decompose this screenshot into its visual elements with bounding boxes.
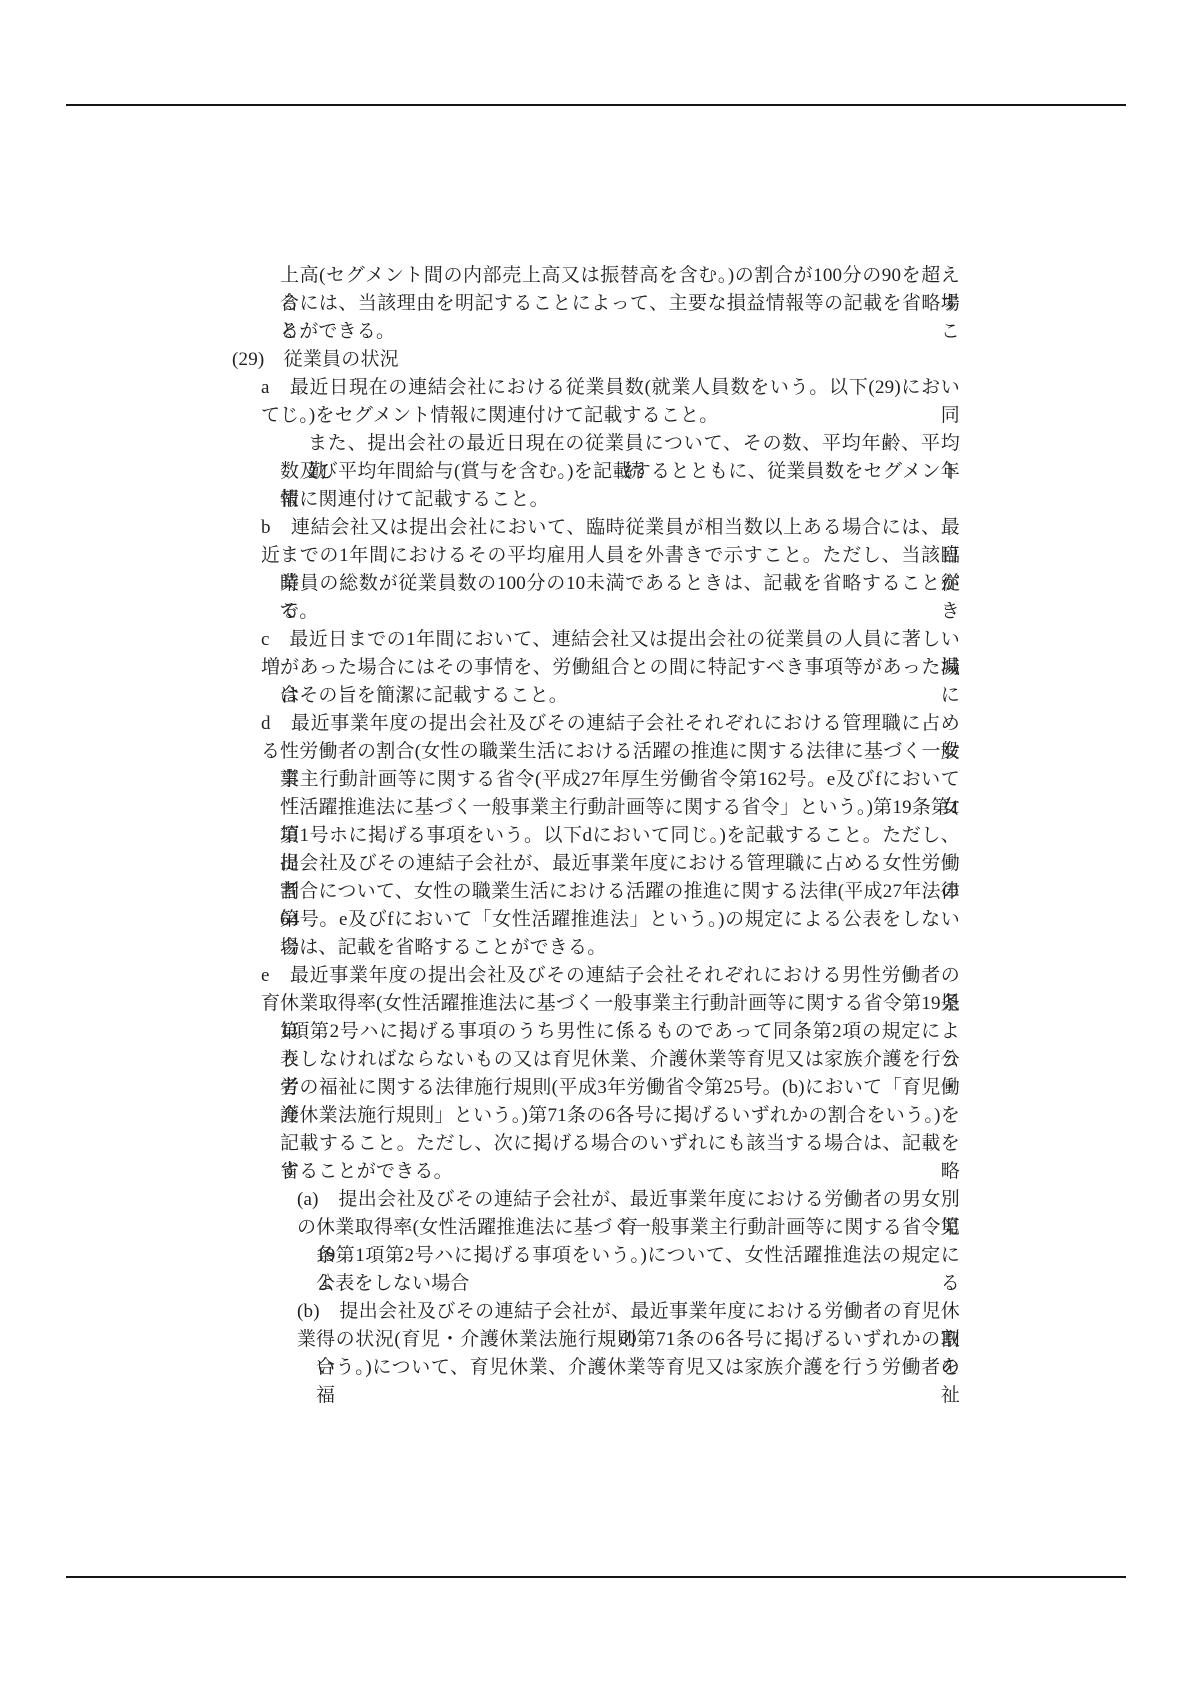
sub-clause-line: (b) 提出会社及びその連結子会社が、最近事業年度における労働者の育児休業の取	[232, 1298, 960, 1326]
text-line: 休業取得率(女性活躍推進法に基づく一般事業主行動計画等に関する省令第19	[232, 1214, 960, 1242]
text-line: 上高(セグメント間の内部売上高又は振替高を含む。)の割合が100分の90を超える…	[232, 262, 960, 290]
text-line: 数及び平均年間給与(賞与を含む。)を記載するとともに、従業員数をセグメント情	[232, 458, 960, 486]
clause-line: e 最近事業年度の提出会社及びその連結子会社それぞれにおける男性労働者の育児	[232, 962, 960, 990]
text-line: 業員の総数が従業員数の100分の10未満であるときは、記載を省略することができ	[232, 570, 960, 598]
text-line: 条第1項第2号ハに掲げる事項をいう。)について、女性活躍推進法の規定による	[232, 1242, 960, 1270]
text-line: 出会社及びその連結子会社が、最近事業年度における管理職に占める女性労働者の	[232, 850, 960, 878]
sub-clause-line: (a) 提出会社及びその連結子会社が、最近事業年度における労働者の男女別の育児	[232, 1186, 960, 1214]
text-line: 割合について、女性の職業生活における活躍の推進に関する法律(平成27年法律第	[232, 878, 960, 906]
text-line: 性労働者の割合(女性の職業生活における活躍の推進に関する法律に基づく一般事	[232, 738, 960, 766]
section-heading-line: (29) 従業員の状況	[232, 346, 960, 374]
text-line: 64号。e及びfにおいて「女性活躍推進法」という。)の規定による公表をしない場	[232, 906, 960, 934]
text-line: 性活躍推進法に基づく一般事業主行動計画等に関する省令」という。)第19条第1項	[232, 794, 960, 822]
text-line: 合は、記載を省略することができる。	[232, 934, 960, 962]
text-line: までの1年間におけるその平均雇用人員を外書きで示すこと。ただし、当該臨時従	[232, 542, 960, 570]
text-line: 表しなければならないもの又は育児休業、介護休業等育児又は家族介護を行う労働	[232, 1046, 960, 1074]
text-line: 第1号ホに掲げる事項をいう。以下dにおいて同じ。)を記載すること。ただし、提	[232, 822, 960, 850]
clause-line: a 最近日現在の連結会社における従業員数(就業人員数をいう。以下(29)において…	[232, 374, 960, 402]
text-line: 記載すること。ただし、次に掲げる場合のいずれにも該当する場合は、記載を省略	[232, 1130, 960, 1158]
text-line: 業主行動計画等に関する省令(平成27年厚生労働省令第162号。e及びfにおいて「…	[232, 766, 960, 794]
top-rule	[66, 104, 1126, 106]
clause-line: b 連結会社又は提出会社において、臨時従業員が相当数以上ある場合には、最近日	[232, 514, 960, 542]
text-line: 合には、当該理由を明記することによって、主要な損益情報等の記載を省略するこ	[232, 290, 960, 318]
text-line: があった場合にはその事情を、労働組合との間に特記すべき事項等があった場合に	[232, 654, 960, 682]
text-line: いう。)について、育児休業、介護休業等育児又は家族介護を行う労働者の福祉	[232, 1354, 960, 1382]
text-line: 護休業法施行規則」という。)第71条の6各号に掲げるいずれかの割合をいう。)を	[232, 1102, 960, 1130]
bottom-rule	[66, 1576, 1126, 1578]
text-line: 得の状況(育児・介護休業法施行規則第71条の6各号に掲げるいずれかの割合を	[232, 1326, 960, 1354]
text-line: 休業取得率(女性活躍推進法に基づく一般事業主行動計画等に関する省令第19条第	[232, 990, 960, 1018]
clause-line: c 最近日までの1年間において、連結会社又は提出会社の従業員の人員に著しい増減	[232, 626, 960, 654]
clause-line: d 最近事業年度の提出会社及びその連結子会社それぞれにおける管理職に占める女	[232, 710, 960, 738]
text-line: また、提出会社の最近日現在の従業員について、その数、平均年齢、平均勤続年	[232, 430, 960, 458]
text-line: 1項第2号ハに掲げる事項のうち男性に係るものであって同条第2項の規定により公	[232, 1018, 960, 1046]
document-page: 上高(セグメント間の内部売上高又は振替高を含む。)の割合が100分の90を超える…	[0, 0, 1192, 1685]
text-line: 者の福祉に関する法律施行規則(平成3年労働省令第25号。(b)において「育児・介	[232, 1074, 960, 1102]
text-line: 報に関連付けて記載すること。	[232, 486, 960, 514]
document-body: 上高(セグメント間の内部売上高又は振替高を含む。)の割合が100分の90を超える…	[232, 262, 960, 1382]
